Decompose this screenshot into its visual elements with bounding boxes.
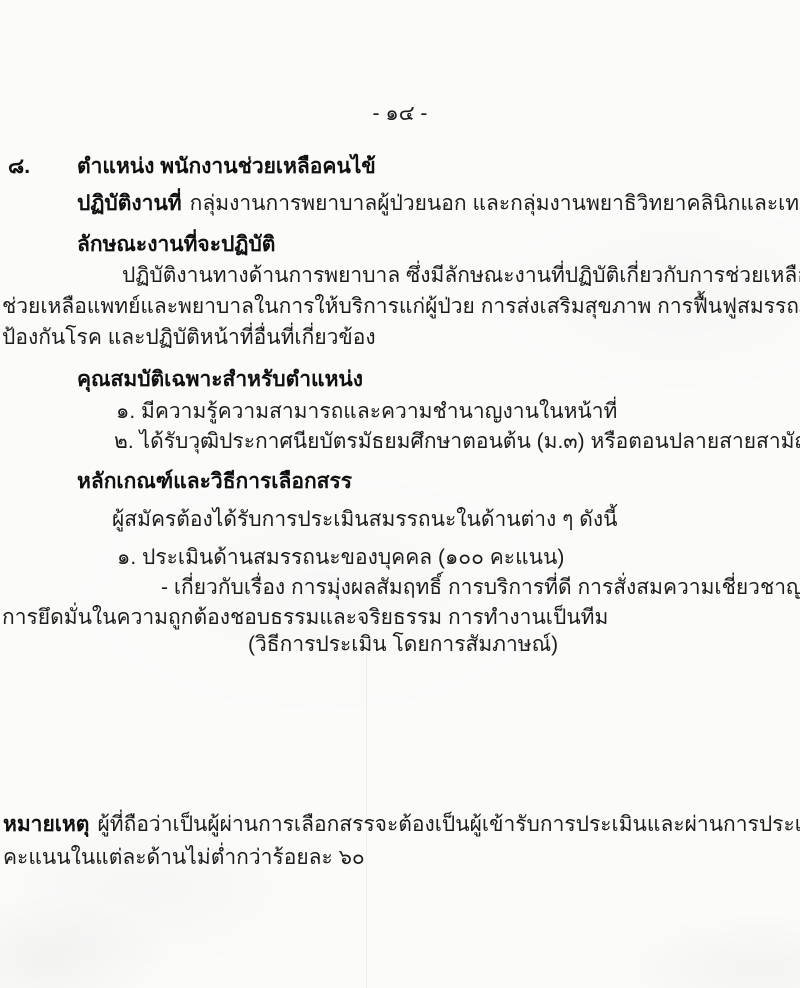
note-label: หมายเหตุ — [3, 813, 89, 836]
note-line-1: หมายเหตุผู้ที่ถือว่าเป็นผู้ผ่านการเลือกส… — [3, 811, 800, 839]
note-text: ผู้ที่ถือว่าเป็นผู้ผ่านการเลือกสรรจะต้อง… — [97, 813, 800, 836]
duties-line-2: ช่วยเหลือแพทย์และพยาบาลในการให้บริการแก่… — [2, 293, 800, 321]
selection-method: (วิธีการประเมิน โดยการสัมภาษณ์) — [248, 631, 558, 659]
duties-line-3: ป้องกันโรค และปฏิบัติหน้าที่อื่นที่เกี่ย… — [2, 324, 376, 352]
duties-line-1: ปฏิบัติงานทางด้านการพยาบาล ซึ่งมีลักษณะง… — [122, 262, 800, 290]
posting-line: ปฏิบัติงานที่กลุ่มงานการพยาบาลผู้ป่วยนอก… — [77, 190, 800, 218]
section-title-row: ๘.ตำแหน่ง พนักงานช่วยเหลือคนไข้ — [8, 153, 376, 181]
qualification-item-1: ๑. มีความรู้ความสามารถและความชำนาญงานในห… — [116, 398, 617, 426]
document-page: - ๑๔ - ๘.ตำแหน่ง พนักงานช่วยเหลือคนไข้ ป… — [0, 0, 800, 988]
duties-heading: ลักษณะงานที่จะปฏิบัติ — [77, 231, 275, 259]
selection-heading: หลักเกณฑ์และวิธีการเลือกสรร — [77, 468, 352, 496]
selection-item: ๑. ประเมินด้านสมรรถนะของบุคคล (๑๐๐ คะแนน… — [117, 544, 564, 572]
section-title: ตำแหน่ง พนักงานช่วยเหลือคนไข้ — [77, 155, 376, 178]
qualification-item-2: ๒. ได้รับวุฒิประกาศนียบัตรมัธยมศึกษาตอนต… — [114, 428, 800, 456]
section-number: ๘. — [8, 153, 77, 181]
note-line-2: คะแนนในแต่ละด้านไม่ต่ำกว่าร้อยละ ๖๐ — [3, 844, 365, 872]
posting-text: กลุ่มงานการพยาบาลผู้ป่วยนอก และกลุ่มงานพ… — [190, 192, 800, 215]
selection-detail-2: การยึดมั่นในความถูกต้องชอบธรรมและจริยธรร… — [2, 604, 608, 632]
selection-intro: ผู้สมัครต้องได้รับการประเมินสมรรถนะในด้า… — [112, 506, 618, 534]
selection-detail-1: - เกี่ยวกับเรื่อง การมุ่งผลสัมฤทธิ์ การบ… — [161, 574, 800, 602]
qualifications-heading: คุณสมบัติเฉพาะสำหรับตำแหน่ง — [77, 366, 363, 394]
posting-label: ปฏิบัติงานที่ — [77, 192, 182, 215]
page-number: - ๑๔ - — [0, 100, 800, 128]
